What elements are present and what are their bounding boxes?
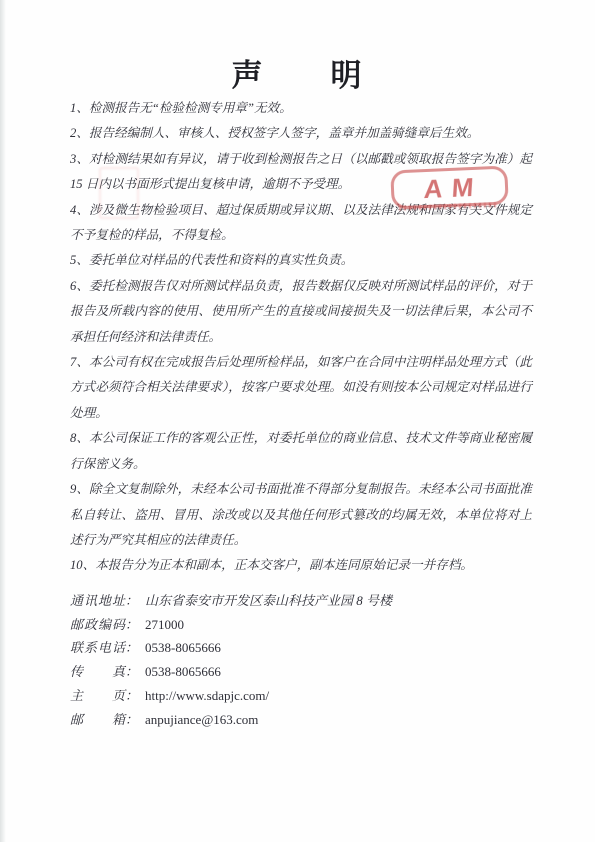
statement-item-4: 4、涉及微生物检验项目、超过保质期或异议期、以及法律法规和国家有关文件规定不予复…: [70, 198, 532, 249]
contact-label: 传真: [70, 660, 125, 684]
statement-item-6: 6、委托检测报告仅对所测试样品负责，报告数据仅反映对所测试样品的评价，对于报告及…: [70, 274, 532, 350]
statement-item-2: 2、报告经编制人、审核人、授权签字人签字，盖章并加盖骑缝章后生效。: [70, 121, 532, 146]
contact-label: 邮箱: [70, 708, 125, 732]
contact-label: 主页: [70, 684, 125, 708]
contact-row-phone: 联系电话：0538-8065666: [70, 636, 392, 660]
scan-edge-shadow: [0, 0, 6, 842]
contact-row-homepage: 主页：http://www.sdapjc.com/: [70, 684, 392, 708]
contact-row-email: 邮箱：anpujiance@163.com: [70, 708, 392, 732]
contact-row-address: 通讯地址：山东省泰安市开发区泰山科技产业园 8 号楼: [70, 589, 392, 613]
statement-item-7: 7、本公司有权在完成报告后处理所检样品，如客户在合同中注明样品处理方式（此方式必…: [70, 350, 532, 426]
contact-value-homepage: http://www.sdapjc.com/: [145, 688, 269, 703]
contact-label: 通讯地址: [70, 589, 125, 613]
contact-value-address: 山东省泰安市开发区泰山科技产业园 8 号楼: [145, 593, 392, 608]
contact-value-email: anpujiance@163.com: [145, 712, 258, 727]
page-title: 声 明: [0, 50, 595, 95]
contact-value-postcode: 271000: [145, 617, 184, 632]
statement-item-10: 10、本报告分为正本和副本，正本交客户，副本连同原始记录一并存档。: [70, 553, 532, 578]
contact-colon: ：: [125, 712, 138, 727]
statement-item-1: 1、检测报告无“检验检测专用章”无效。: [70, 96, 532, 121]
statement-item-3: 3、对检测结果如有异议，请于收到检测报告之日（以邮戳或领取报告签字为准）起 15…: [70, 147, 532, 198]
contact-label: 联系电话: [70, 636, 125, 660]
statement-item-9: 9、除全文复制除外，未经本公司书面批准不得部分复制报告。未经本公司书面批准私自转…: [70, 477, 532, 553]
contact-colon: ：: [125, 593, 138, 608]
statement-list: 1、检测报告无“检验检测专用章”无效。 2、报告经编制人、审核人、授权签字人签字…: [70, 96, 532, 579]
contact-colon: ：: [125, 688, 138, 703]
contact-row-fax: 传真：0538-8065666: [70, 660, 392, 684]
contact-value-fax: 0538-8065666: [145, 664, 221, 679]
contact-colon: ：: [125, 664, 138, 679]
contact-colon: ：: [125, 617, 138, 632]
statement-item-8: 8、本公司保证工作的客观公正性，对委托单位的商业信息、技术文件等商业秘密履行保密…: [70, 426, 532, 477]
declaration-page: 声 明 1、检测报告无“检验检测专用章”无效。 2、报告经编制人、审核人、授权签…: [0, 0, 595, 842]
contact-block: 通讯地址：山东省泰安市开发区泰山科技产业园 8 号楼 邮政编码：271000 联…: [70, 589, 392, 731]
statement-item-5: 5、委托单位对样品的代表性和资料的真实性负责。: [70, 248, 532, 273]
contact-colon: ：: [125, 640, 138, 655]
contact-value-phone: 0538-8065666: [145, 640, 221, 655]
contact-label: 邮政编码: [70, 613, 125, 637]
contact-row-postcode: 邮政编码：271000: [70, 613, 392, 637]
